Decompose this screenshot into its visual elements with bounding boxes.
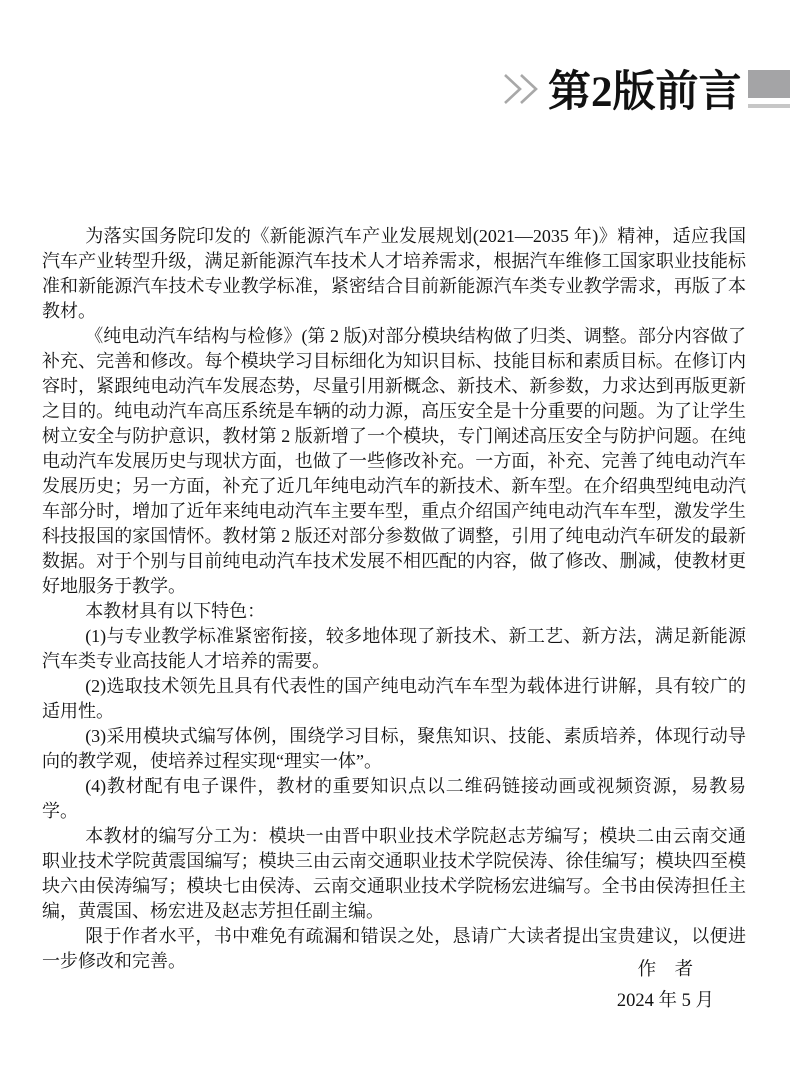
double-right-chevron-icon <box>501 70 541 108</box>
preface-page: 第2版前言 为落实国务院印发的《新能源汽车产业发展规划(2021—2035 年)… <box>0 0 790 1081</box>
page-title: 第2版前言 <box>548 58 742 119</box>
header-decoration-block <box>748 70 790 98</box>
preface-paragraph: (1)与专业教学标准紧密衔接，较多地体现了新技术、新工艺、新方法，满足新能源汽车… <box>42 624 746 674</box>
preface-paragraph: (3)采用模块式编写体例，围绕学习目标，聚焦知识、技能、素质培养，体现行动导向的… <box>42 724 746 774</box>
signature-block: 作 者 2024 年 5 月 <box>617 955 714 1017</box>
preface-paragraph: 本教材具有以下特色： <box>42 599 746 624</box>
preface-paragraph: 《纯电动汽车结构与检修》(第 2 版)对部分模块结构做了归类、调整。部分内容做了… <box>42 324 746 599</box>
signature-date: 2024 年 5 月 <box>617 986 714 1017</box>
header-decoration-line <box>748 104 790 108</box>
preface-paragraph: 本教材的编写分工为：模块一由晋中职业技术学院赵志芳编写；模块二由云南交通职业技术… <box>42 824 746 924</box>
signature-author: 作 者 <box>617 955 714 986</box>
preface-paragraph: 为落实国务院印发的《新能源汽车产业发展规划(2021—2035 年)》精神，适应… <box>42 224 746 324</box>
preface-paragraph: (2)选取技术领先且具有代表性的国产纯电动汽车车型为载体进行讲解，具有较广的适用… <box>42 674 746 724</box>
preface-paragraph: (4)教材配有电子课件，教材的重要知识点以二维码链接动画或视频资源，易教易学。 <box>42 774 746 824</box>
header-decoration <box>748 70 790 108</box>
preface-body: 为落实国务院印发的《新能源汽车产业发展规划(2021—2035 年)》精神，适应… <box>42 224 746 974</box>
